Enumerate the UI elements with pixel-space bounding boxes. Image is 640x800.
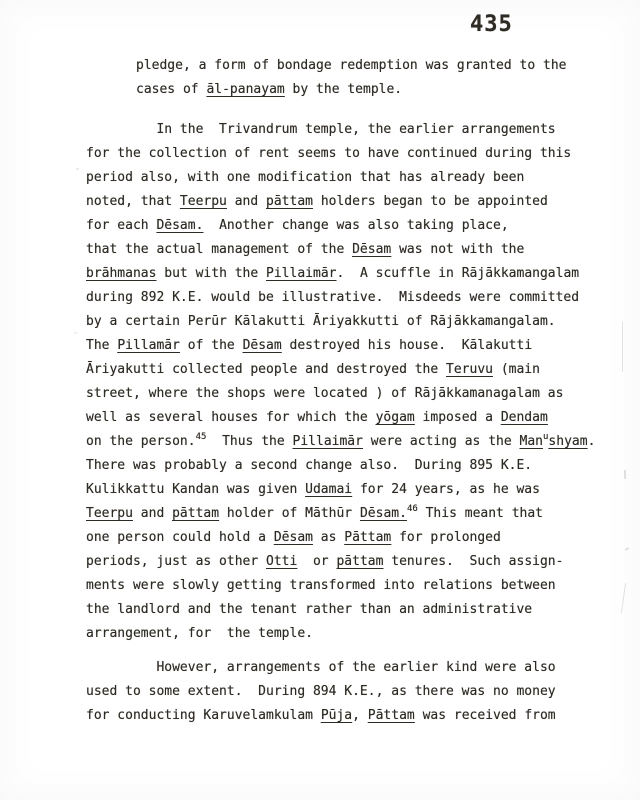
document-page: 435 pledge, a form of bondage redemption… bbox=[0, 0, 640, 800]
text-segment: was not with the bbox=[391, 242, 524, 257]
text-segment: holders began to be appointed bbox=[313, 194, 548, 209]
text-line: In the Trivandrum temple, the earlier ar… bbox=[86, 118, 606, 142]
underlined-term: u bbox=[543, 432, 548, 442]
text-segment: but with the bbox=[156, 266, 266, 281]
text-line: Teerpu and pāttam holder of Māthūr Dēsam… bbox=[86, 502, 606, 526]
text-segment: , bbox=[352, 708, 368, 723]
text-line: by a certain Perūr Kālakutti Āriyakkutti… bbox=[86, 310, 606, 334]
text-line: arrangement, for the temple. bbox=[86, 622, 606, 646]
text-line: well as several houses for which the yōg… bbox=[86, 406, 606, 430]
underlined-term: Teerpu bbox=[180, 194, 227, 209]
underlined-term: shyam bbox=[548, 434, 587, 449]
text-segment: and bbox=[227, 194, 266, 209]
underlined-term: Dēsam bbox=[352, 242, 391, 257]
text-line: for the collection of rent seems to have… bbox=[86, 142, 606, 166]
text-line: There was probably a second change also.… bbox=[86, 454, 606, 478]
text-line: that the actual management of the Dēsam … bbox=[86, 238, 606, 262]
text-segment: cases of bbox=[136, 82, 206, 97]
scan-artifact bbox=[621, 583, 626, 613]
text-line: However, arrangements of the earlier kin… bbox=[86, 656, 606, 680]
text-line: used to some extent. During 894 K.E., as… bbox=[86, 680, 606, 704]
text-segment: . A scuffle in Rājākkamangalam bbox=[336, 266, 579, 281]
underlined-term: Dēsam bbox=[243, 338, 282, 353]
text-segment: In the Trivandrum temple, the earlier ar… bbox=[86, 122, 556, 137]
text-segment: Kulikkattu Kandan was given bbox=[86, 482, 305, 497]
underlined-term: Dendam bbox=[501, 410, 548, 425]
scan-artifact bbox=[74, 332, 77, 334]
text-line: brāhmanas but with the Pillaimār. A scuf… bbox=[86, 262, 606, 286]
text-segment: arrangement, for the temple. bbox=[86, 626, 313, 641]
paragraph-main: In the Trivandrum temple, the earlier ar… bbox=[86, 118, 606, 646]
underlined-term: Man bbox=[520, 434, 543, 449]
text-segment: one person could hold a bbox=[86, 530, 274, 545]
text-segment: tenures. Such assign- bbox=[383, 554, 563, 569]
text-segment: by a certain Perūr Kālakutti Āriyakkutti… bbox=[86, 314, 556, 329]
text-segment: street, where the shops were located ) o… bbox=[86, 386, 563, 401]
text-segment: that the actual management of the bbox=[86, 242, 352, 257]
text-segment: for the collection of rent seems to have… bbox=[86, 146, 571, 161]
underlined-term: Dēsam. bbox=[156, 218, 203, 233]
text-segment: ments were slowly getting transformed in… bbox=[86, 578, 556, 593]
underlined-term: Pillamār bbox=[117, 338, 180, 353]
underlined-term: Teerpu bbox=[86, 506, 133, 521]
text-segment: for each bbox=[86, 218, 156, 233]
paragraph-closing: However, arrangements of the earlier kin… bbox=[86, 656, 606, 728]
text-segment: were acting as the bbox=[363, 434, 520, 449]
scan-artifact bbox=[625, 547, 629, 551]
text-segment: was received from bbox=[415, 708, 556, 723]
text-segment: (main bbox=[493, 362, 540, 377]
text-segment: for conducting Karuvelamkulam bbox=[86, 708, 321, 723]
text-line: period also, with one modification that … bbox=[86, 166, 606, 190]
scan-artifact bbox=[624, 470, 626, 479]
text-segment: on the person. bbox=[86, 434, 196, 449]
text-line: street, where the shops were located ) o… bbox=[86, 382, 606, 406]
text-segment: Āriyakutti collected people and destroye… bbox=[86, 362, 446, 377]
underlined-term: Pillaimār bbox=[266, 266, 336, 281]
underlined-term: Pāttam bbox=[368, 708, 415, 723]
text-segment: noted, that bbox=[86, 194, 180, 209]
text-block: pledge, a form of bondage redemption was… bbox=[86, 54, 606, 728]
underlined-term: pāttam bbox=[266, 194, 313, 209]
text-segment: as bbox=[313, 530, 344, 545]
text-segment: 46 bbox=[407, 504, 418, 514]
page-number: 435 bbox=[470, 12, 513, 37]
text-segment: of the bbox=[180, 338, 243, 353]
underlined-term: Pāttam bbox=[344, 530, 391, 545]
scan-artifact bbox=[76, 168, 79, 170]
text-segment: destroyed his house. Kālakutti bbox=[282, 338, 532, 353]
underlined-term: brāhmanas bbox=[86, 266, 156, 281]
underlined-term: Dēsam. bbox=[360, 506, 407, 521]
text-line: the landlord and the tenant rather than … bbox=[86, 598, 606, 622]
text-segment: by the temple. bbox=[285, 82, 402, 97]
underlined-term: yōgam bbox=[376, 410, 415, 425]
text-segment: This meant that bbox=[418, 506, 543, 521]
text-line: on the person.45 Thus the Pillaimār were… bbox=[86, 430, 606, 454]
text-segment: period also, with one modification that … bbox=[86, 170, 524, 185]
text-line: ments were slowly getting transformed in… bbox=[86, 574, 606, 598]
text-line: The Pillamār of the Dēsam destroyed his … bbox=[86, 334, 606, 358]
text-segment: . bbox=[588, 434, 596, 449]
underlined-term: Pūja bbox=[321, 708, 352, 723]
text-segment: periods, just as other bbox=[86, 554, 266, 569]
underlined-term: Pillaimār bbox=[293, 434, 363, 449]
text-segment: used to some extent. During 894 K.E., as… bbox=[86, 684, 556, 699]
text-segment: the landlord and the tenant rather than … bbox=[86, 602, 532, 617]
text-line: for each Dēsam. Another change was also … bbox=[86, 214, 606, 238]
underlined-term: pāttam bbox=[336, 554, 383, 569]
text-line: noted, that Teerpu and pāttam holders be… bbox=[86, 190, 606, 214]
text-line: periods, just as other Otti or pāttam te… bbox=[86, 550, 606, 574]
text-segment: The bbox=[86, 338, 117, 353]
text-line: one person could hold a Dēsam as Pāttam … bbox=[86, 526, 606, 550]
text-segment: 45 bbox=[196, 432, 207, 442]
text-segment: for 24 years, as he was bbox=[352, 482, 540, 497]
text-line: Āriyakutti collected people and destroye… bbox=[86, 358, 606, 382]
text-segment: There was probably a second change also.… bbox=[86, 458, 532, 473]
underlined-term: Udamai bbox=[305, 482, 352, 497]
text-line: for conducting Karuvelamkulam Pūja, Pātt… bbox=[86, 704, 606, 728]
text-line: cases of āl-panayam by the temple. bbox=[136, 78, 606, 102]
underlined-term: pāttam bbox=[172, 506, 219, 521]
underlined-term: Otti bbox=[266, 554, 297, 569]
underlined-term: Teruvu bbox=[446, 362, 493, 377]
paragraph-continuation: pledge, a form of bondage redemption was… bbox=[136, 54, 606, 102]
text-segment: imposed a bbox=[415, 410, 501, 425]
text-segment: Thus the bbox=[206, 434, 292, 449]
text-segment: for prolonged bbox=[391, 530, 501, 545]
scan-artifact bbox=[622, 322, 623, 372]
text-segment: holder of Māthūr bbox=[219, 506, 360, 521]
text-segment: and bbox=[133, 506, 172, 521]
text-line: pledge, a form of bondage redemption was… bbox=[136, 54, 606, 78]
text-segment: during 892 K.E. would be illustrative. M… bbox=[86, 290, 579, 305]
underlined-term: āl-panayam bbox=[206, 82, 284, 97]
text-segment: or bbox=[297, 554, 336, 569]
text-line: Kulikkattu Kandan was given Udamai for 2… bbox=[86, 478, 606, 502]
text-segment: Another change was also taking place, bbox=[203, 218, 508, 233]
text-segment: However, arrangements of the earlier kin… bbox=[86, 660, 556, 675]
text-line: during 892 K.E. would be illustrative. M… bbox=[86, 286, 606, 310]
text-segment: well as several houses for which the bbox=[86, 410, 376, 425]
underlined-term: Dēsam bbox=[274, 530, 313, 545]
text-segment: pledge, a form of bondage redemption was… bbox=[136, 58, 566, 73]
